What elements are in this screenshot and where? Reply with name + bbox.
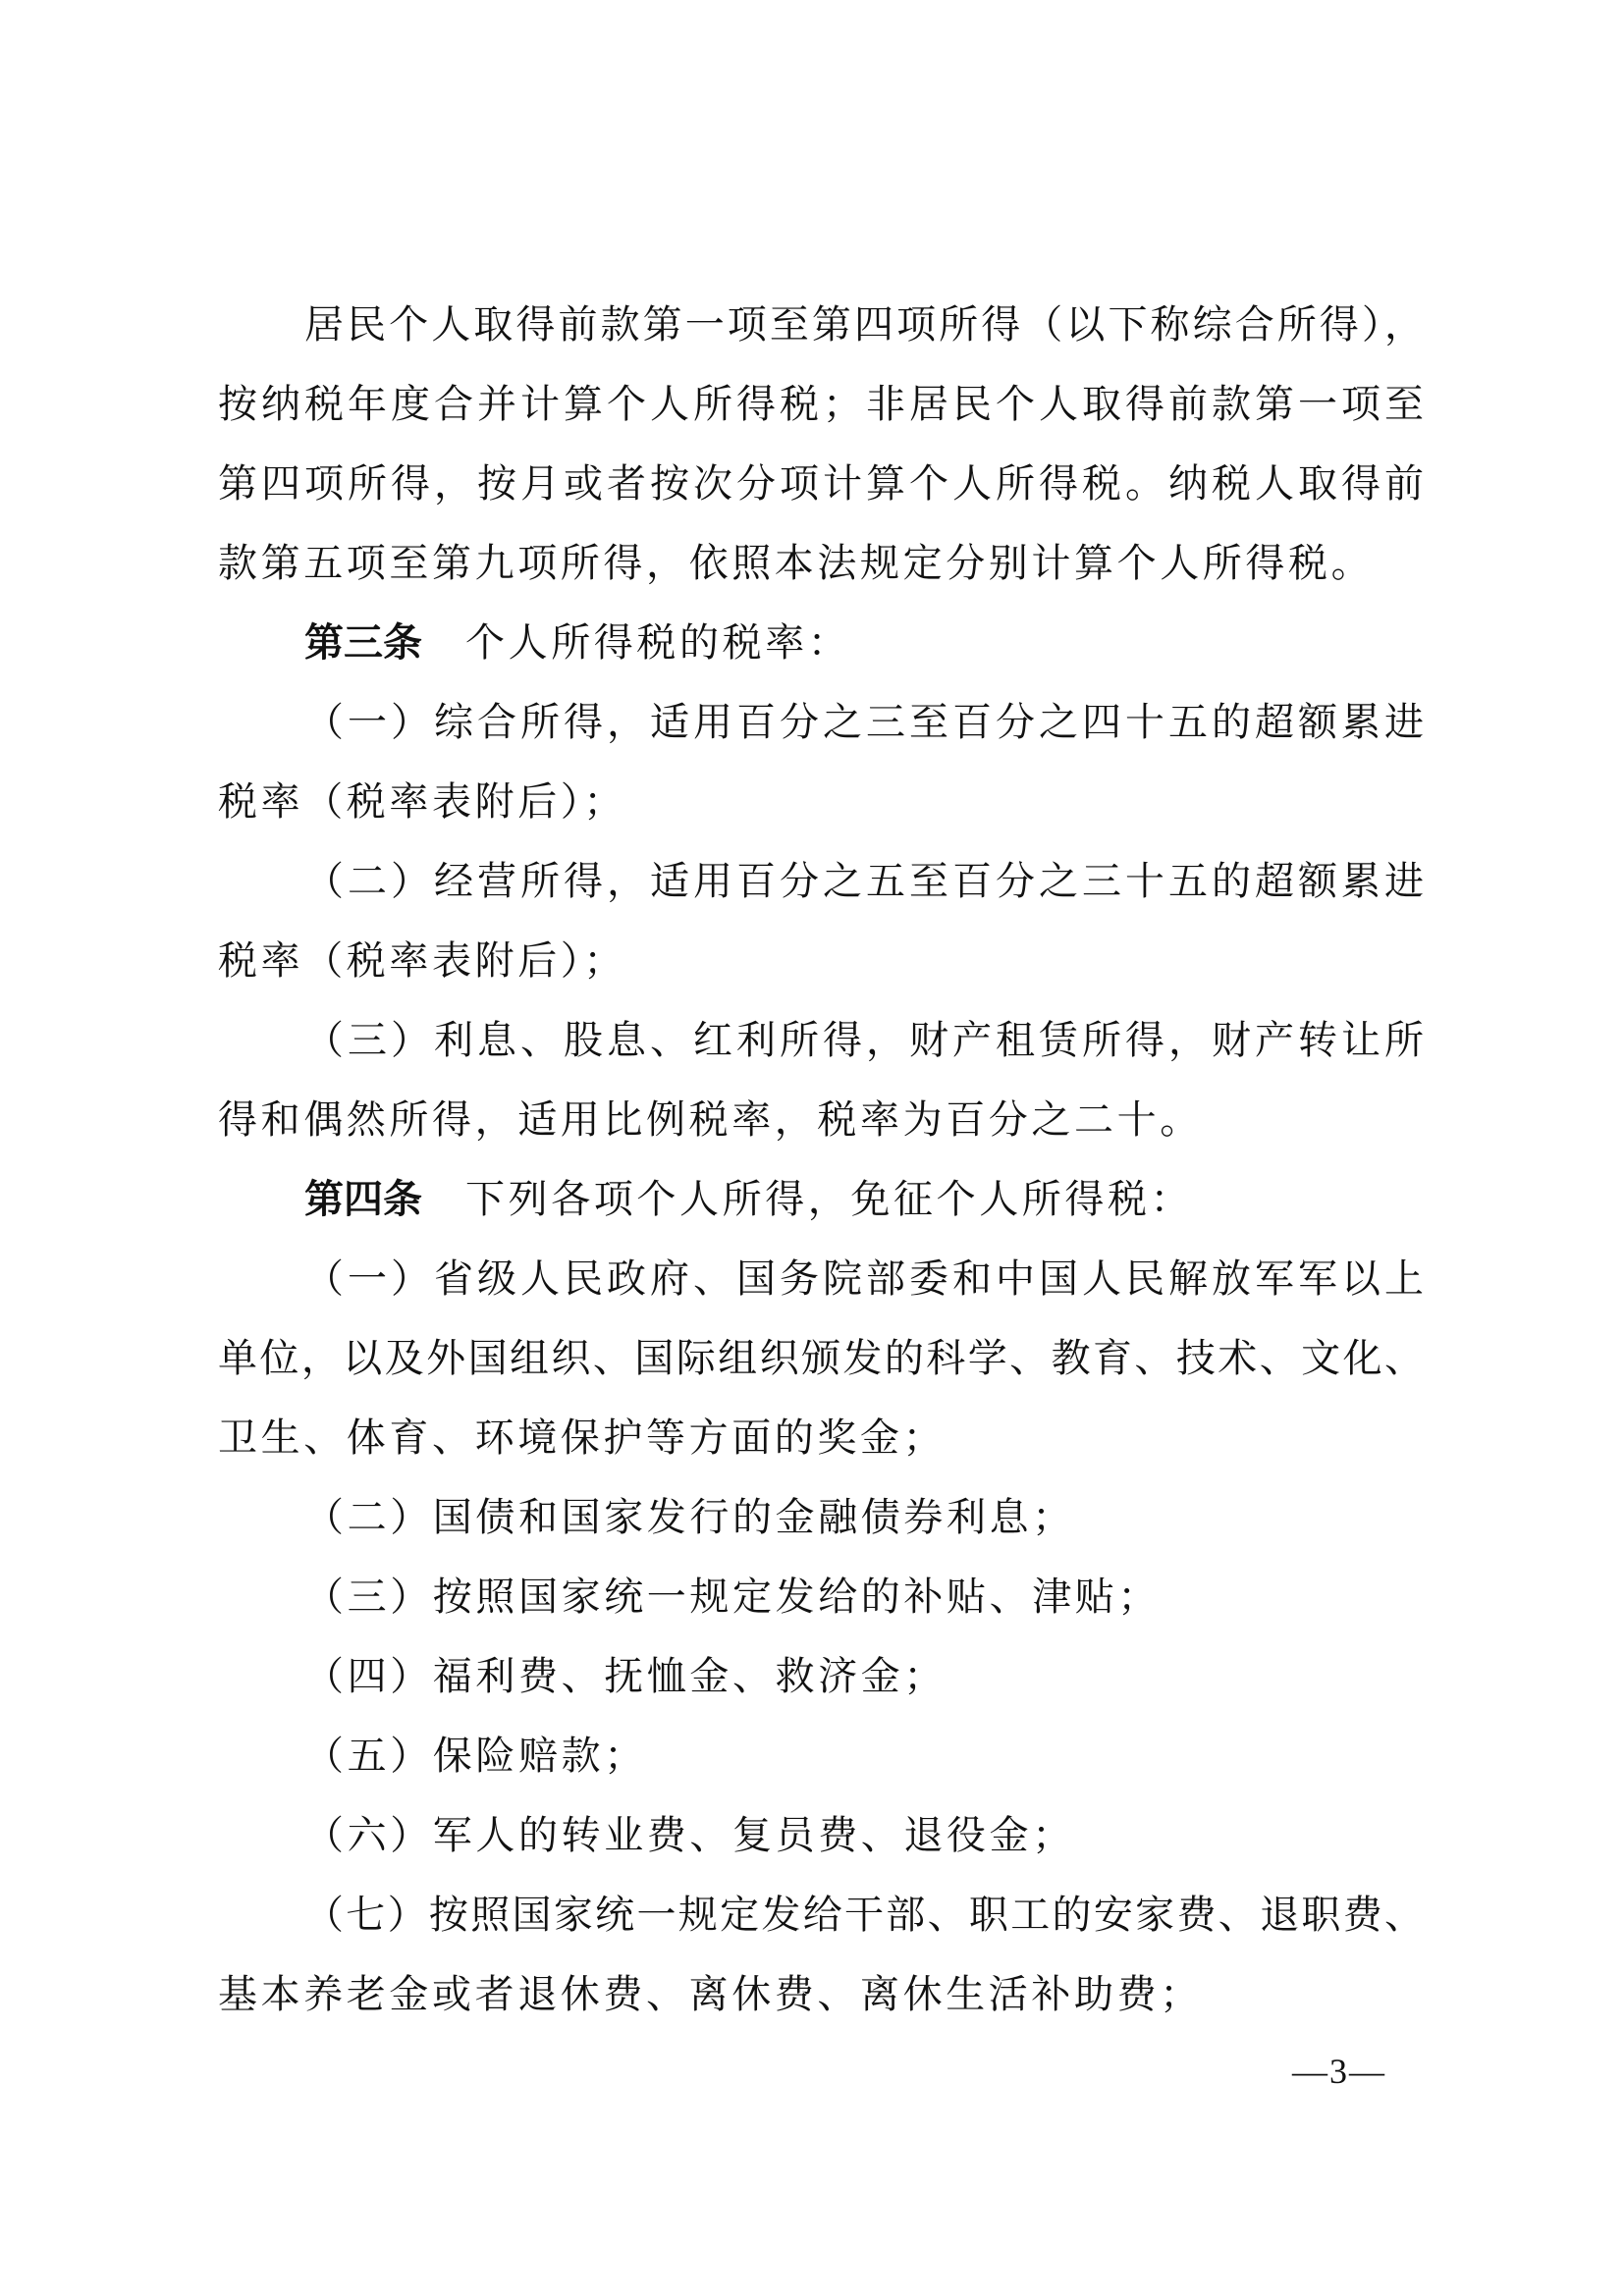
text-line: 款第五项至第九项所得，依照本法规定分别计算个人所得税。 xyxy=(218,524,1424,604)
paragraph-comprehensive-income: 居民个人取得前款第一项至第四项所得（以下称综合所得）， 按纳税年度合并计算个人所… xyxy=(218,286,1424,604)
article-4: 第四条下列各项个人所得，免征个人所得税： xyxy=(218,1160,1424,1240)
article-text: 个人所得税的税率： xyxy=(465,620,850,666)
text-line: （七）按照国家统一规定发给干部、职工的安家费、退职费、 xyxy=(218,1876,1424,1955)
text-line: （二）国债和国家发行的金融债券利息； xyxy=(218,1478,1424,1558)
text-line: 居民个人取得前款第一项至第四项所得（以下称综合所得）， xyxy=(218,286,1424,365)
text-line: 基本养老金或者退休费、离休费、离休生活补助费； xyxy=(218,1955,1424,2035)
text-line: （四）福利费、抚恤金、救济金； xyxy=(218,1637,1424,1717)
article-4-item-7: （七）按照国家统一规定发给干部、职工的安家费、退职费、 基本养老金或者退休费、离… xyxy=(218,1876,1424,2035)
article-3-item-1: （一）综合所得，适用百分之三至百分之四十五的超额累进 税率（税率表附后）； xyxy=(218,683,1424,842)
text-line: （二）经营所得，适用百分之五至百分之三十五的超额累进 xyxy=(218,842,1424,922)
text-line: （一）省级人民政府、国务院部委和中国人民解放军军以上 xyxy=(218,1240,1424,1319)
article-4-item-4: （四）福利费、抚恤金、救济金； xyxy=(218,1637,1424,1717)
article-line: 第四条下列各项个人所得，免征个人所得税： xyxy=(218,1160,1424,1240)
article-3-item-2: （二）经营所得，适用百分之五至百分之三十五的超额累进 税率（税率表附后）； xyxy=(218,842,1424,1001)
text-line: 得和偶然所得，适用比例税率，税率为百分之二十。 xyxy=(218,1081,1424,1160)
article-text: 下列各项个人所得，免征个人所得税： xyxy=(465,1177,1193,1222)
article-heading: 第三条 xyxy=(304,620,422,666)
text-line: 税率（税率表附后）； xyxy=(218,763,1424,842)
article-4-item-5: （五）保险赔款； xyxy=(218,1717,1424,1796)
text-line: 单位，以及外国组织、国际组织颁发的科学、教育、技术、文化、 xyxy=(218,1319,1424,1399)
text-line: 卫生、体育、环境保护等方面的奖金； xyxy=(218,1399,1424,1478)
article-heading: 第四条 xyxy=(304,1177,422,1222)
article-3-item-3: （三）利息、股息、红利所得，财产租赁所得，财产转让所 得和偶然所得，适用比例税率… xyxy=(218,1001,1424,1160)
document-body: 居民个人取得前款第一项至第四项所得（以下称综合所得）， 按纳税年度合并计算个人所… xyxy=(218,286,1424,2035)
article-4-item-6: （六）军人的转业费、复员费、退役金； xyxy=(218,1796,1424,1876)
article-line: 第三条个人所得税的税率： xyxy=(218,604,1424,683)
text-line: 按纳税年度合并计算个人所得税；非居民个人取得前款第一项至 xyxy=(218,365,1424,445)
text-line: （六）军人的转业费、复员费、退役金； xyxy=(218,1796,1424,1876)
article-4-item-3: （三）按照国家统一规定发给的补贴、津贴； xyxy=(218,1558,1424,1637)
article-3: 第三条个人所得税的税率： xyxy=(218,604,1424,683)
text-line: （五）保险赔款； xyxy=(218,1717,1424,1796)
text-line: （一）综合所得，适用百分之三至百分之四十五的超额累进 xyxy=(218,683,1424,763)
text-line: （三）利息、股息、红利所得，财产租赁所得，财产转让所 xyxy=(218,1001,1424,1081)
text-line: 税率（税率表附后）； xyxy=(218,922,1424,1001)
article-4-item-2: （二）国债和国家发行的金融债券利息； xyxy=(218,1478,1424,1558)
article-4-item-1: （一）省级人民政府、国务院部委和中国人民解放军军以上 单位，以及外国组织、国际组… xyxy=(218,1240,1424,1478)
text-line: （三）按照国家统一规定发给的补贴、津贴； xyxy=(218,1558,1424,1637)
text-line: 第四项所得，按月或者按次分项计算个人所得税。纳税人取得前 xyxy=(218,445,1424,524)
document-page: 居民个人取得前款第一项至第四项所得（以下称综合所得）， 按纳税年度合并计算个人所… xyxy=(0,0,1624,2296)
page-number: —3— xyxy=(1292,2050,1386,2093)
